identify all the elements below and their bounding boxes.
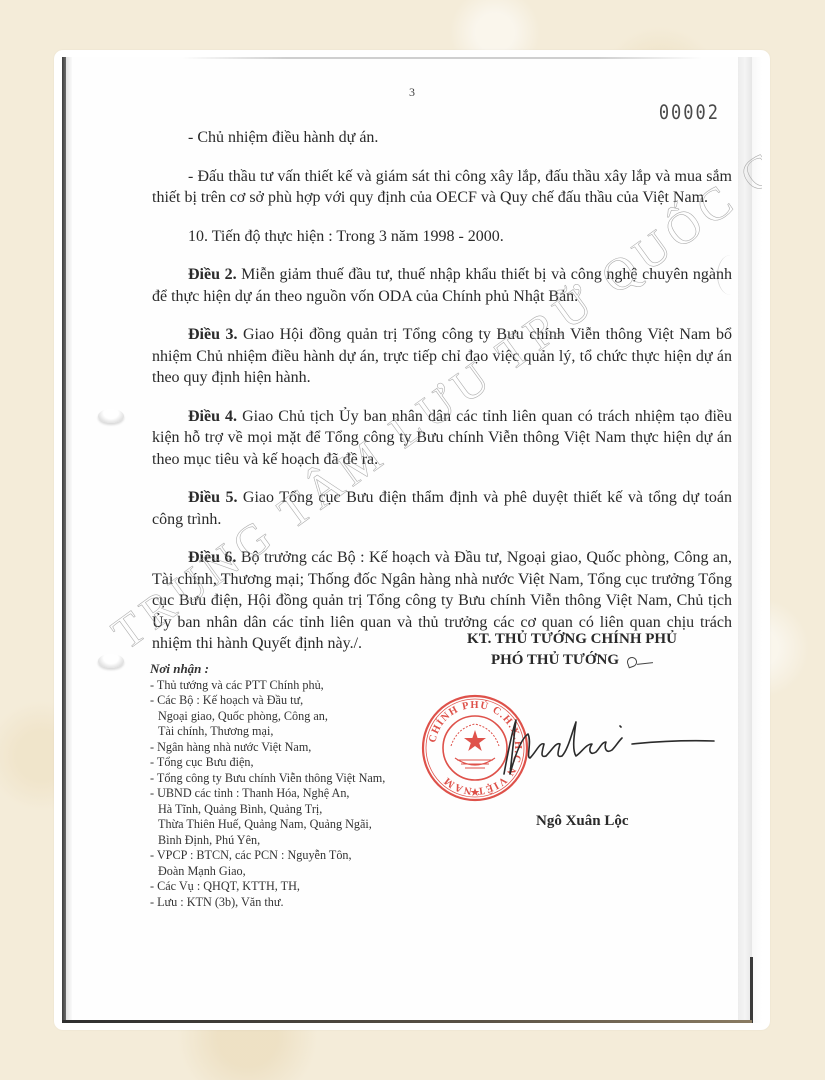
recipient-item: - Các Vụ : QHQT, KTTH, TH, [150,879,450,895]
document-paragraph: - Đấu thầu tư vấn thiết kế và giám sát t… [152,166,732,209]
recipient-item: - Ngân hàng nhà nước Việt Nam, [150,740,450,756]
paragraph-text: Giao Hội đồng quản trị Tổng công ty Bưu … [152,326,732,386]
article-label: Điều 3. [188,326,238,343]
document-body: - Chủ nhiệm điều hành dự án.- Đấu thầu t… [152,127,732,672]
recipient-item: - Lưu : KTN (3b), Văn thư. [150,895,450,911]
recipient-item: Bình Định, Phú Yên, [150,833,450,849]
scan-edge-top [182,57,702,59]
paragraph-text: Miễn giảm thuế đầu tư, thuế nhập khẩu th… [152,266,732,305]
recipient-item: Ngoại giao, Quốc phòng, Công an, [150,709,450,725]
recipient-item: Tài chính, Thương mại, [150,724,450,740]
paragraph-text: Giao Tổng cục Bưu điện thẩm định và phê … [152,489,732,528]
document-paragraph: Điều 5. Giao Tổng cục Bưu điện thẩm định… [152,487,732,530]
paragraph-text: - Chủ nhiệm điều hành dự án. [188,129,378,146]
paragraph-text: Giao Chủ tịch Ủy ban nhân dân các tỉnh l… [152,408,732,468]
scan-edge-right-strip [738,57,752,1023]
punch-hole-icon [98,654,124,668]
article-label: Điều 4. [188,408,237,425]
document-paragraph: Điều 2. Miễn giảm thuế đầu tư, thuế nhập… [152,264,732,307]
punch-hole-icon [98,409,124,423]
recipients-items: - Thủ tướng và các PTT Chính phủ,- Các B… [150,678,450,911]
recipient-item: - Các Bộ : Kế hoạch và Đầu tư, [150,693,450,709]
signature-title-line2: PHÓ THỦ TƯỚNG [442,650,702,671]
paragraph-text: - Đấu thầu tư vấn thiết kế và giám sát t… [152,168,732,207]
document-paragraph: Điều 4. Giao Chủ tịch Ủy ban nhân dân cá… [152,406,732,471]
recipient-item: Hà Tĩnh, Quảng Bình, Quảng Trị, [150,802,450,818]
scan-edge-right [752,57,762,1023]
page-number: 3 [62,85,762,100]
handwritten-signature-icon [482,712,722,782]
scanned-page: 3 00002 - Chủ nhiệm điều hành dự án.- Đấ… [62,57,762,1023]
scan-edge-right-dark [750,957,753,1023]
recipient-item: Đoàn Mạnh Giao, [150,864,450,880]
document-code: 00002 [659,102,720,125]
recipients-list: Nơi nhận : - Thủ tướng và các PTT Chính … [150,661,450,910]
signature-title-line1: KT. THỦ TƯỚNG CHÍNH PHỦ [442,629,702,650]
article-label: Điều 5. [188,489,237,506]
signature-title-block: KT. THỦ TƯỚNG CHÍNH PHỦ PHÓ THỦ TƯỚNG [442,629,702,671]
recipient-item: - Tổng công ty Bưu chính Viễn thông Việt… [150,771,450,787]
document-paragraph: Điều 3. Giao Hội đồng quản trị Tổng công… [152,324,732,389]
article-label: Điều 2. [188,266,237,283]
article-label: Điều 6. [188,549,236,566]
document-paragraph: 10. Tiến độ thực hiện : Trong 3 năm 1998… [152,226,732,248]
recipient-item: - VPCP : BTCN, các PCN : Nguyễn Tôn, [150,848,450,864]
scan-edge-bottom [62,1020,752,1023]
scan-edge-shade [66,57,72,1023]
initial-mark-icon [627,656,653,666]
recipient-item: Thừa Thiên Huế, Quảng Nam, Quảng Ngãi, [150,817,450,833]
recipient-item: - Tổng cục Bưu điện, [150,755,450,771]
recipient-item: - Thủ tướng và các PTT Chính phủ, [150,678,450,694]
paragraph-text: 10. Tiến độ thực hiện : Trong 3 năm 1998… [188,228,504,245]
recipients-title: Nơi nhận : [150,661,450,677]
document-paragraph: - Chủ nhiệm điều hành dự án. [152,127,732,149]
signer-name: Ngô Xuân Lộc [536,813,629,830]
recipient-item: - UBND các tỉnh : Thanh Hóa, Nghệ An, [150,786,450,802]
